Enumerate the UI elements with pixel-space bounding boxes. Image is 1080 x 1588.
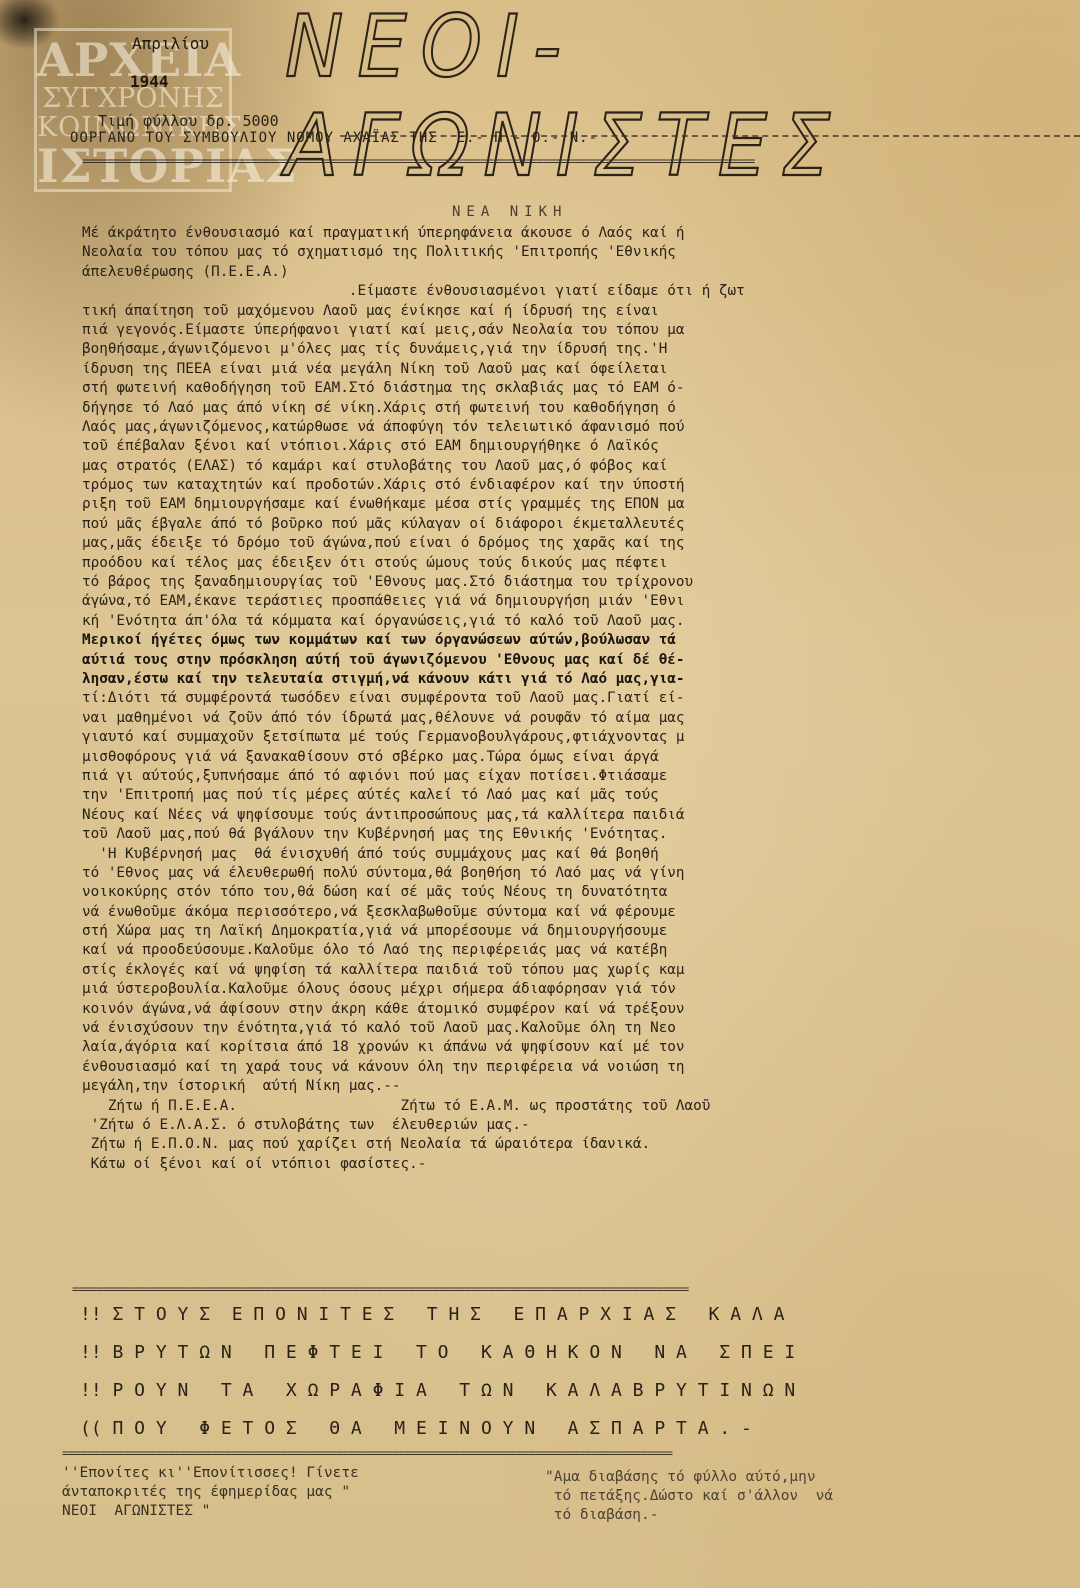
header-divider: ========================================… (82, 154, 1017, 168)
text-line: μισθοφόρους γιά νά ξανακαθίσουν στό σβέρ… (82, 748, 1017, 767)
text-line: (( Π Ο Υ Φ Ε Τ Ο Σ Θ Α Μ Ε Ι Ν Ο Υ Ν Α Σ… (80, 1410, 1020, 1448)
text-line: ίδρυση της ΠΕΕΑ είναι μιά νέα μεγάλη Νίκ… (82, 360, 1017, 379)
text-line: την 'Επιτροπή μας πού τίς μέρες αύτές κα… (82, 786, 1017, 805)
text-line: μας στρατός (ΕΛΑΣ) τό καμάρι καί στυλοβά… (82, 457, 1017, 476)
text-line: πού μᾶς έβγαλε άπό τό βοῦρκο πού μᾶς κύλ… (82, 515, 1017, 534)
text-line: κή 'Ενότητα άπ'όλα τά κόμματα καί όργανώ… (82, 612, 1017, 631)
slogan-block: !! Σ Τ Ο Υ Σ Ε Π Ο Ν Ι Τ Ε Σ Τ Η Σ Ε Π Α… (80, 1296, 1020, 1448)
text-line: άνταποκριτές της έφημερίδας μας " (62, 1483, 359, 1502)
text-line: "Αμα διαβάσης τό φύλλο αύτό,μην (545, 1468, 833, 1487)
text-line: κοινόν άγώνα,νά άφίσουν στην άκρη κάθε ά… (82, 1000, 1017, 1019)
text-line: μεγάλη,την ίστορική αύτή Νίκη μας.-- (82, 1077, 1017, 1096)
text-line: !! Β Ρ Υ Τ Ω Ν Π Ε Φ Τ Ε Ι Τ Ο Κ Α Θ Η Κ… (80, 1334, 1020, 1372)
text-line: Μερικοί ήγέτες όμως των κομμάτων καί των… (82, 631, 1017, 650)
text-line: 'Η Κυβέρνησή μας θά ένισχυθή άπό τούς συ… (82, 845, 1017, 864)
text-line: νά ένωθοῦμε άκόμα περισσότερο,νά ξεσκλαβ… (82, 903, 1017, 922)
text-line: νά ένισχύσουν την ένότητα,γιά τό καλό το… (82, 1019, 1017, 1038)
text-line: λαία,άγόρια καί κορίτσια άπό 18 χρονών κ… (82, 1038, 1017, 1057)
text-line: άπελευθέρωσης (Π.Ε.Ε.Α.) (82, 263, 1017, 282)
text-line: δήγησε τό Λαό μας άπό νίκη σέ νίκη.Χάρις… (82, 399, 1017, 418)
text-line: ΝΕΟΙ ΑΓΩΝΙΣΤΕΣ " (62, 1502, 359, 1521)
text-line: στίς έκλογές καί νά ψηφίση τά καλλίτερα … (82, 961, 1017, 980)
text-line: !! Σ Τ Ο Υ Σ Ε Π Ο Ν Ι Τ Ε Σ Τ Η Σ Ε Π Α… (80, 1296, 1020, 1334)
text-line: μας,μᾶς έδειξε τό δρόμο τοῦ άγώνα,πού εί… (82, 534, 1017, 553)
text-line: Ζήτω ή Π.Ε.Ε.Α. Ζήτω τό Ε.Α.Μ. ως προστά… (82, 1097, 1017, 1116)
slogan-divider: ========================================… (62, 1446, 1020, 1460)
text-line: τό βάρος της ξαναδημιουργίας τοῦ 'Εθνους… (82, 573, 1017, 592)
issue-price: Τιμή φύλλου δρ. 5000 (98, 112, 279, 130)
footer-call-to-correspondents: ''Επονίτες κι''Επονίτισσες! Γίνετεάνταπο… (62, 1464, 359, 1521)
article-title: ΝΕΑ ΝΙΚΗ (452, 204, 567, 220)
text-line: τοῦ Λαοῦ μας,πού θά βγάλουν την Κυβέρνησ… (82, 825, 1017, 844)
text-line: βοηθήσαμε,άγωνιζόμενοι μ'όλες μας τίς δυ… (82, 340, 1017, 359)
text-line: ναι μαθημένοι νά ζοῦν άπό τόν ίδρωτά μας… (82, 709, 1017, 728)
text-line: ''Επονίτες κι''Επονίτισσες! Γίνετε (62, 1464, 359, 1483)
newspaper-page: ΑΡΧΕΙΑ ΣΥΓΧΡΟΝΗΣ ΚΟΙΝΩΝΙΚΗΣ ΙΣΤΟΡΙΑΣ ΝΕΟ… (0, 0, 1080, 1588)
text-line: νοικοκύρης στόν τόπο του,θά δώση καί σέ … (82, 883, 1017, 902)
text-line: Νέους καί Νέες νά ψηφίσουμε τούς άντιπρο… (82, 806, 1017, 825)
text-line: τική άπαίτηση τοῦ μαχόμενου Λαοῦ μας ένί… (82, 302, 1017, 321)
text-line: προόδου καί τέλος μας έδειξεν ότι στούς … (82, 554, 1017, 573)
text-line: άγώνα,τό ΕΑΜ,έκανε τεράστιες προσπάθειες… (82, 592, 1017, 611)
publisher-organ: ΟΟΡΓΑΝΟ ΤΟΥ ΣΥΜΒΟΥΛΙΟΥ ΝΟΜΟΥ ΑΧΑΪΑΣ ΤΗΣ … (70, 130, 598, 146)
text-line: τό 'Εθνος μας νά έλευθερωθή πολύ σύντομα… (82, 864, 1017, 883)
text-line: λησαν,έστω καί την τελευταία στιγμή,νά κ… (82, 670, 1017, 689)
text-line: Νεολαία του τόπου μας τό σχηματισμό της … (82, 243, 1017, 262)
article-divider: ========================================… (72, 1282, 1022, 1296)
text-line: τό πετάξης.Δώστο καί σ'άλλον νά (545, 1487, 833, 1506)
footer-pass-it-on-note: "Αμα διαβάσης τό φύλλο αύτό,μην τό πετάξ… (545, 1468, 833, 1525)
text-line: τοῦ έπέβαλαν ξένοι καί ντόπιοι.Χάρις στό… (82, 437, 1017, 456)
text-line: Ζήτω ή Ε.Π.Ο.Ν. μας πού χαρίζει στή Νεολ… (82, 1135, 1017, 1154)
text-line: γιαυτό καί συμμαχοῦν ξετσίπωτα μέ τούς Γ… (82, 728, 1017, 747)
text-line: στή φωτεινή καθοδήγηση τοῦ ΕΑΜ.Στό διάστ… (82, 379, 1017, 398)
text-line: πιά γι αύτούς,ξυπνήσαμε άπό τό αφιόνι πο… (82, 767, 1017, 786)
text-line: μιά ύστεροβουλία.Καλοῦμε όλους όσους μέχ… (82, 980, 1017, 999)
text-line: στή Χώρα μας τη Λαϊκή Δημοκρατία,γιά νά … (82, 922, 1017, 941)
text-line: 'Ζήτω ό Ε.Λ.Α.Σ. ό στυλοβάτης των έλευθε… (82, 1116, 1017, 1135)
text-line: Λαός μας,άγωνιζόμενος,κατώρθωσε νά άποφύ… (82, 418, 1017, 437)
text-line: Μέ άκράτητο ένθουσιασμό καί πραγματική ύ… (82, 224, 1017, 243)
issue-month: Απριλίου (132, 34, 209, 53)
text-line: ένθουσιασμό καί τη χαρά τους νά κάνουν ό… (82, 1058, 1017, 1077)
issue-year: 1944 (130, 72, 169, 91)
text-line: ριξη τοῦ ΕΑΜ δημιουργήσαμε καί ένωθήκαμε… (82, 495, 1017, 514)
text-line: τί:Διότι τά συμφέροντά τωσόδεν είναι συμ… (82, 689, 1017, 708)
article-body: Μέ άκράτητο ένθουσιασμό καί πραγματική ύ… (82, 224, 1017, 1174)
text-line: .Είμαστε ένθουσιασμένοι γιατί είδαμε ότι… (82, 282, 1017, 301)
text-line: Κάτω οί ξένοι καί οί ντόπιοι φασίστες.- (82, 1155, 1017, 1174)
text-line: !! Ρ Ο Υ Ν Τ Α Χ Ω Ρ Α Φ Ι Α Τ Ω Ν Κ Α Λ… (80, 1372, 1020, 1410)
text-line: αύτιά τους στην πρόσκληση αύτή τοῦ άγωνι… (82, 651, 1017, 670)
text-line: καί νά προοδεύσουμε.Καλοῦμε όλο τό Λαό τ… (82, 941, 1017, 960)
text-line: τό διαβάση.- (545, 1506, 833, 1525)
text-line: πιά γεγονός.Είμαστε ύπερήφανοι γιατί καί… (82, 321, 1017, 340)
text-line: τρόμος των καταχτητών καί προδοτών.Χάρις… (82, 476, 1017, 495)
